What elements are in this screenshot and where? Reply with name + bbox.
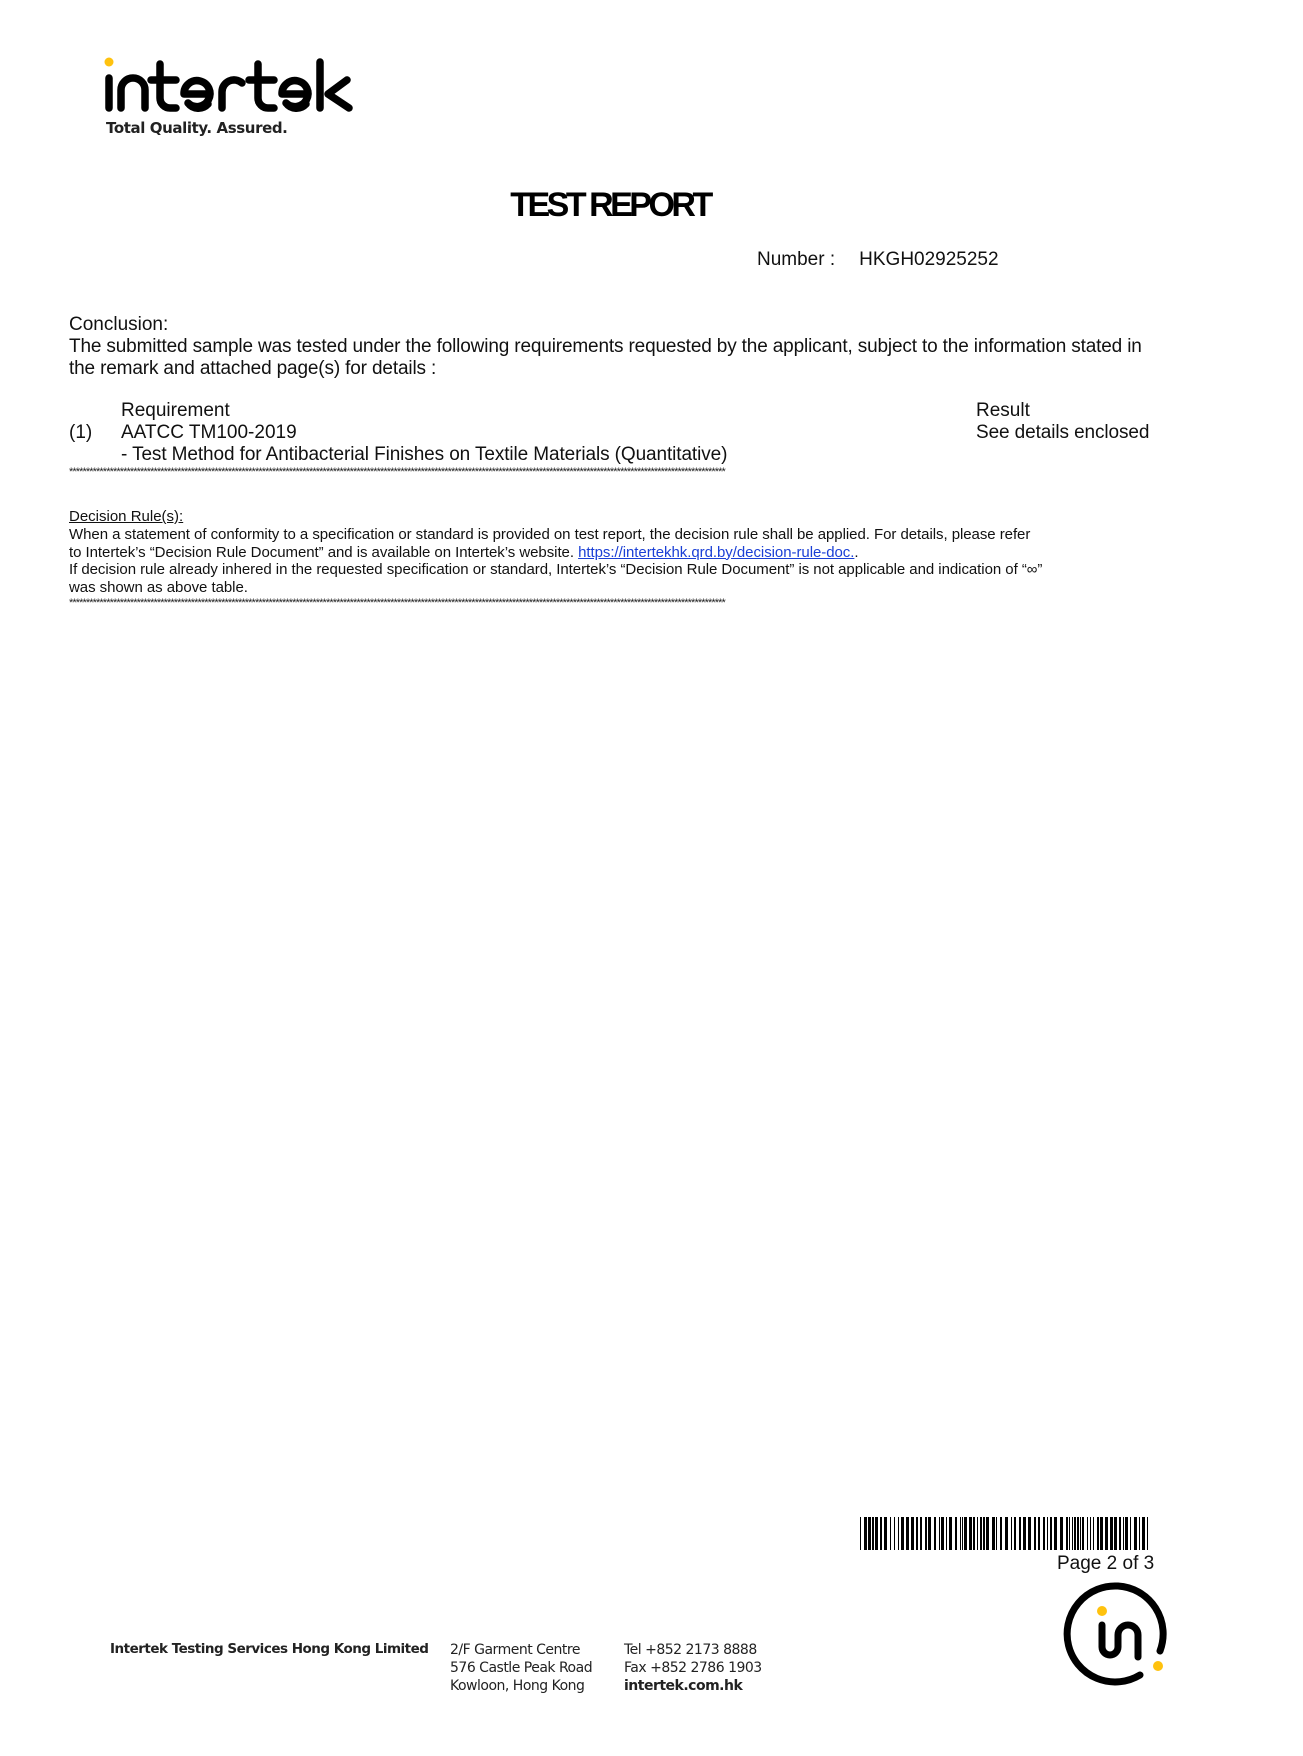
decision-rule-line-2: to Intertek’s “Decision Rule Document” a… <box>69 544 1169 562</box>
footer-tel: Tel +852 2173 8888 <box>624 1641 762 1659</box>
footer-website[interactable]: intertek.com.hk <box>624 1677 762 1695</box>
footer-fax: Fax +852 2786 1903 <box>624 1659 762 1677</box>
page-number: Page 2 of 3 <box>1057 1553 1154 1575</box>
requirement-result: See details enclosed <box>976 422 1149 444</box>
tagline: Total Quality. Assured. <box>106 119 287 137</box>
footer-address: 2/F Garment Centre 576 Castle Peak Road … <box>450 1641 592 1695</box>
intertek-wordmark-icon <box>104 56 354 118</box>
report-number: Number :HKGH02925252 <box>757 249 999 271</box>
separator-line: ****************************************… <box>69 466 1159 478</box>
decision-rule-line-2-suffix: . <box>854 544 858 561</box>
requirement-description: - Test Method for Antibacterial Finishes… <box>121 444 727 466</box>
decision-rule-line-1: When a statement of conformity to a spec… <box>69 526 1169 544</box>
decision-rule-line-3: If decision rule already inhered in the … <box>69 561 1169 579</box>
requirement-index: (1) <box>69 422 92 444</box>
footer-address-line: 576 Castle Peak Road <box>450 1659 592 1677</box>
requirement-code: AATCC TM100-2019 <box>121 422 297 444</box>
conclusion-text: The submitted sample was tested under th… <box>69 336 1169 380</box>
requirement-header: Requirement <box>121 400 230 422</box>
intertek-in-icon <box>1060 1577 1174 1691</box>
decision-rule-label: Decision Rule(s): <box>69 508 183 525</box>
result-header: Result <box>976 400 1030 422</box>
report-number-label: Number : <box>757 249 835 270</box>
barcode <box>860 1517 1152 1550</box>
footer-address-line: 2/F Garment Centre <box>450 1641 592 1659</box>
separator-line: ****************************************… <box>69 597 1159 609</box>
decision-rule-line-4: was shown as above table. <box>69 579 1169 597</box>
barcode-icon <box>860 1517 1152 1550</box>
intertek-circle-logo <box>1060 1577 1174 1691</box>
decision-rule-line-2-text: to Intertek’s “Decision Rule Document” a… <box>69 544 578 561</box>
page-title: TEST REPORT <box>0 186 1220 225</box>
footer-company: Intertek Testing Services Hong Kong Limi… <box>110 1641 428 1657</box>
conclusion-label: Conclusion: <box>69 314 168 336</box>
footer-address-line: Kowloon, Hong Kong <box>450 1677 592 1695</box>
report-number-value: HKGH02925252 <box>859 249 998 270</box>
decision-rule-text: When a statement of conformity to a spec… <box>69 526 1169 596</box>
decision-rule-link[interactable]: https://intertekhk.qrd.by/decision-rule-… <box>578 544 854 561</box>
footer-contact: Tel +852 2173 8888 Fax +852 2786 1903 in… <box>624 1641 762 1695</box>
